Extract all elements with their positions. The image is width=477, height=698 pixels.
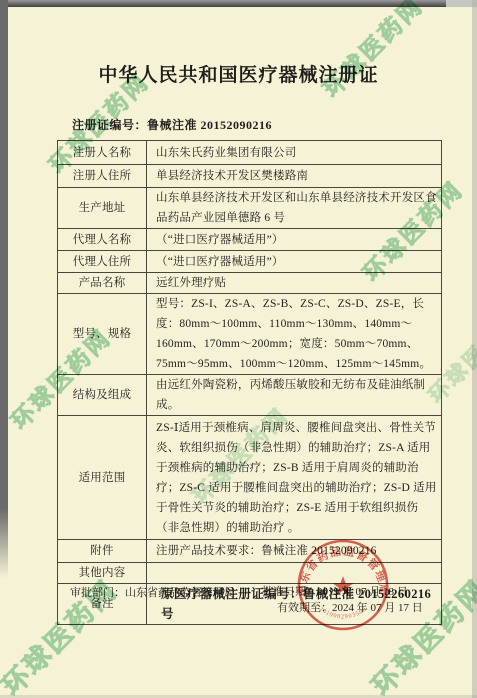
row-value: 山东单县经济技术开发区和山东单县经济技术开发区食品药品产业园单德路 6 号 bbox=[147, 188, 442, 229]
row-label: 附件 bbox=[58, 540, 147, 563]
row-label: 适用范围 bbox=[58, 416, 147, 540]
row-label: 生产地址 bbox=[58, 188, 147, 229]
table-row: 代理人住所 （“进口医疗器械适用”） bbox=[58, 251, 442, 273]
row-label: 产品名称 bbox=[58, 273, 147, 294]
table-row: 注册人名称 山东朱氏药业集团有限公司 bbox=[58, 141, 442, 165]
approval-department: 审批部门：山东省药品监督管理局 bbox=[70, 584, 235, 600]
table-row: 生产地址 山东单县经济技术开发区和山东单县经济技术开发区食品药品产业园单德路 6… bbox=[58, 188, 442, 229]
scan-edge-right bbox=[472, 0, 477, 698]
watermark-text: 环球医药网 bbox=[314, 0, 429, 104]
scan-edge-left bbox=[0, 0, 8, 578]
row-value: （“进口医疗器械适用”） bbox=[147, 251, 442, 273]
row-label: 其他内容 bbox=[58, 563, 147, 584]
table-row: 产品名称 远红外理疗贴 bbox=[58, 273, 442, 294]
row-value: 山东朱氏药业集团有限公司 bbox=[147, 141, 442, 165]
row-value: ZS-Ⅰ适用于颈椎病、肩周炎、腰椎间盘突出、骨性关节炎、软组织损伤（非急性期）的… bbox=[147, 416, 442, 540]
approval-date: 批准日期：2019 年 07 月 18 日 bbox=[262, 583, 408, 599]
certificate-table: 注册人名称 山东朱氏药业集团有限公司 注册人住所 单县经济技术开发区樊楼路南 生… bbox=[57, 140, 442, 625]
table-row: 结构及组成 由远红外陶瓷粉，丙烯酸压敏胶和无纺布及硅油纸制成。 bbox=[58, 375, 442, 416]
row-label: 代理人住所 bbox=[58, 251, 147, 273]
row-value: 型号：ZS-I、ZS-A、ZS-B、ZS-C、ZS-D、ZS-E，长度：80mm… bbox=[147, 294, 442, 375]
certificate-title: 中华人民共和国医疗器械注册证 bbox=[8, 60, 469, 87]
row-value: 由远红外陶瓷粉，丙烯酸压敏胶和无纺布及硅油纸制成。 bbox=[147, 375, 442, 416]
row-value: （“进口医疗器械适用”） bbox=[147, 229, 442, 251]
row-label: 注册人名称 bbox=[58, 141, 147, 165]
row-label: 结构及组成 bbox=[58, 375, 147, 416]
table-row: 其他内容 bbox=[58, 563, 442, 584]
certificate-page: 中华人民共和国医疗器械注册证 注册证编号：鲁械注准 20152090216 注册… bbox=[0, 0, 477, 698]
table-row: 附件 注册产品技术要求：鲁械注准 20152090216 bbox=[58, 540, 442, 563]
row-label: 代理人名称 bbox=[58, 229, 147, 251]
row-label: 注册人住所 bbox=[58, 165, 147, 188]
certificate-number: 注册证编号：鲁械注准 20152090216 bbox=[72, 116, 272, 133]
table-row: 注册人住所 单县经济技术开发区樊楼路南 bbox=[58, 165, 442, 188]
row-value: 单县经济技术开发区樊楼路南 bbox=[147, 165, 442, 188]
row-value bbox=[147, 563, 442, 584]
scan-edge-top bbox=[0, 0, 446, 7]
valid-until-date: 有效期至：2024 年 07 月 17 日 bbox=[277, 599, 423, 615]
row-value: 注册产品技术要求：鲁械注准 20152090216 bbox=[147, 540, 442, 563]
row-value: 远红外理疗贴 bbox=[147, 273, 442, 294]
row-label: 型号、规格 bbox=[58, 294, 147, 375]
table-row: 型号、规格 型号：ZS-I、ZS-A、ZS-B、ZS-C、ZS-D、ZS-E，长… bbox=[58, 294, 442, 375]
table-row: 适用范围 ZS-Ⅰ适用于颈椎病、肩周炎、腰椎间盘突出、骨性关节炎、软组织损伤（非… bbox=[58, 416, 442, 540]
table-row: 代理人名称 （“进口医疗器械适用”） bbox=[58, 229, 442, 251]
